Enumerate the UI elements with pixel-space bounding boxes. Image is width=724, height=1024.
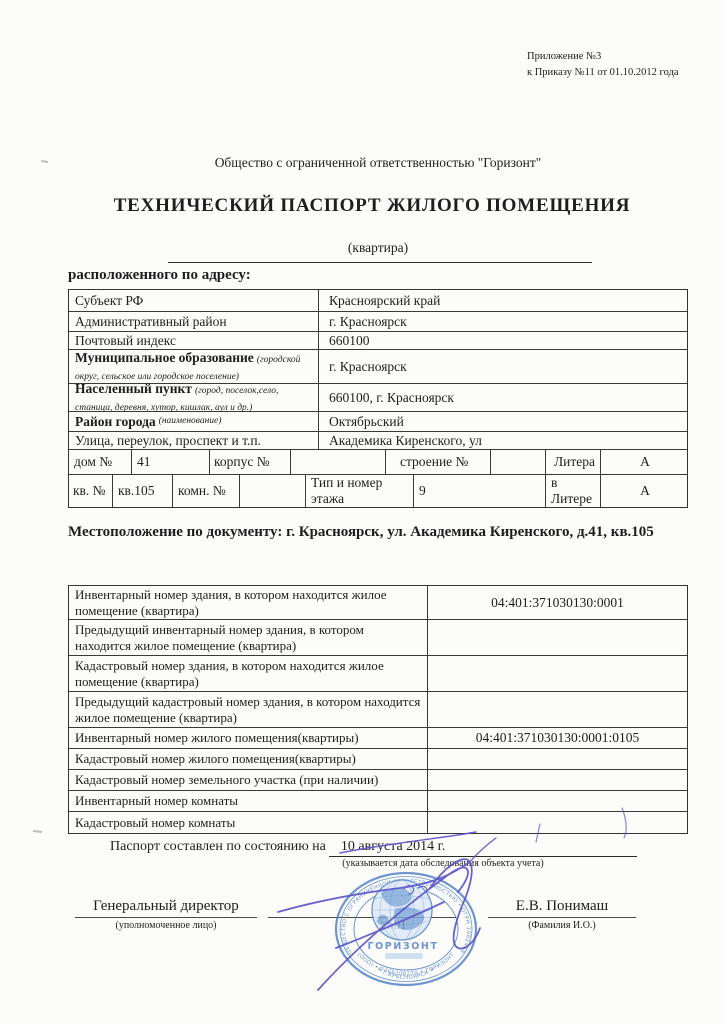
cell-label: кв. № <box>69 475 113 507</box>
cell-label: Улица, переулок, проспект и т.п. <box>69 432 319 449</box>
svg-text:(ООО) • 2466208270 • ГОРИЗ: (ООО) • 2466208270 • ГОРИЗОНТ <box>356 952 456 978</box>
passport-date-prefix: Паспорт составлен по состоянию на <box>110 839 326 854</box>
table-row: Предыдущий кадастровый номер здания, в к… <box>69 692 687 728</box>
cell-value <box>428 791 687 811</box>
passport-date-caption: (указывается дата обследования объекта у… <box>298 858 588 869</box>
house-row: дом № 41 корпус № строение № Литера А <box>69 450 687 475</box>
cell-value: Академика Киренского, ул <box>319 432 687 449</box>
table-row: Район города(наименование) Октябрьский <box>69 412 687 432</box>
signature-line-left <box>75 917 257 918</box>
table-row: Кадастровый номер комнаты <box>69 812 687 833</box>
table-row: Кадастровый номер земельного участка (пр… <box>69 770 687 791</box>
doc-subtitle: (квартира) <box>68 240 688 256</box>
signer-name-caption: (Фамилия И.О.) <box>488 920 636 931</box>
cell-value: 660100 <box>319 332 687 349</box>
cell-label: Субъект РФ <box>69 290 319 311</box>
location-line: Местоположение по документу: г. Краснояр… <box>68 522 688 543</box>
cell-label: Кадастровый номер здания, в котором нахо… <box>69 656 428 691</box>
table-row: Кадастровый номер здания, в котором нахо… <box>69 656 687 692</box>
cell-value: А <box>601 475 689 507</box>
cell-label: дом № <box>69 450 132 474</box>
svg-text:✳ г.КРАСНОЯРСК ✳: ✳ г.КРАСНОЯРСК ✳ <box>375 965 436 981</box>
cell-label: Предыдущий инвентарный номер здания, в к… <box>69 620 428 655</box>
cell-value <box>428 692 687 727</box>
address-intro: расположенного по адресу: <box>68 267 251 284</box>
cell-value: 41 <box>132 450 210 474</box>
apartment-row: кв. № кв.105 комн. № Тип и номер этажа 9… <box>69 475 687 507</box>
cell-value <box>491 450 546 474</box>
cell-label: Кадастровый номер комнаты <box>69 812 428 833</box>
table-row: Инвентарный номер жилого помещения(кварт… <box>69 728 687 749</box>
cell-value: Красноярский край <box>319 290 687 311</box>
cell-label: Кадастровый номер земельного участка (пр… <box>69 770 428 790</box>
scan-speck <box>33 161 48 832</box>
cell-value <box>428 656 687 691</box>
cell-label: Инвентарный номер жилого помещения(кварт… <box>69 728 428 748</box>
cell-value: 04:401:371030130:0001 <box>428 586 687 619</box>
numbers-table: Инвентарный номер здания, в котором нахо… <box>68 585 688 834</box>
appendix-line-2: к Приказу №11 от 01.10.2012 года <box>527 65 679 81</box>
stamp-and-signature-overlay: ОБЩЕСТВО С ОГРАНИЧЕННОЙ ОТВЕТСТВЕННОСТЬЮ… <box>0 0 724 1024</box>
cell-value <box>428 770 687 790</box>
cell-value <box>291 450 386 474</box>
stamp-micro-band <box>385 953 423 959</box>
subtitle-underline <box>168 262 592 263</box>
table-row: Населенный пункт(город, поселок,село, ст… <box>69 384 687 412</box>
cell-value: Октябрьский <box>319 412 687 431</box>
address-table: Субъект РФ Красноярский край Администрат… <box>68 289 688 508</box>
signer-position-caption: (уполномоченное лицо) <box>75 920 257 931</box>
stamp-city-text: ✳ г.КРАСНОЯРСК ✳ <box>375 965 436 981</box>
cell-label: Населенный пункт(город, поселок,село, ст… <box>69 384 319 411</box>
cell-label: Кадастровый номер жилого помещения(кварт… <box>69 749 428 769</box>
cell-value: г. Красноярск <box>319 350 687 383</box>
table-row: Субъект РФ Красноярский край <box>69 290 687 312</box>
passport-date-value: 10 августа 2014 г. <box>329 839 637 857</box>
cell-value <box>428 749 687 769</box>
cell-value <box>428 620 687 655</box>
cell-label: Административный район <box>69 312 319 331</box>
appendix-line-1: Приложение №3 <box>527 49 679 65</box>
table-row: Административный район г. Красноярск <box>69 312 687 332</box>
signature-line-right <box>488 917 636 918</box>
signature-line-middle <box>268 917 456 918</box>
cell-label: строение № <box>386 450 491 474</box>
cell-value <box>240 475 306 507</box>
cell-label: Почтовый индекс <box>69 332 319 349</box>
cell-label: корпус № <box>210 450 291 474</box>
signer-position: Генеральный директор <box>75 898 257 915</box>
cell-value <box>428 812 687 833</box>
org-name: Общество с ограниченной ответственностью… <box>68 155 688 171</box>
signer-name: Е.В. Понимаш <box>488 898 636 915</box>
cell-value: г. Красноярск <box>319 312 687 331</box>
cell-value: 04:401:371030130:0001:0105 <box>428 728 687 748</box>
cell-label: Муниципальное образование(городской окру… <box>69 350 319 383</box>
cell-label: Литера <box>546 450 601 474</box>
cell-value: 9 <box>414 475 546 507</box>
page-title: ТЕХНИЧЕСКИЙ ПАСПОРТ ЖИЛОГО ПОМЕЩЕНИЯ <box>52 195 692 217</box>
table-row: Предыдущий инвентарный номер здания, в к… <box>69 620 687 656</box>
scanned-passport-document: Приложение №3 к Приказу №11 от 01.10.201… <box>0 0 724 1024</box>
cell-label: в Литере <box>546 475 601 507</box>
stamp-org-name: ГОРИЗОНТ <box>367 941 438 952</box>
cell-label: Инвентарный номер комнаты <box>69 791 428 811</box>
table-row: Инвентарный номер здания, в котором нахо… <box>69 586 687 620</box>
passport-date-line: Паспорт составлен по состоянию на10 авгу… <box>110 839 637 857</box>
cell-label: комн. № <box>173 475 240 507</box>
appendix-note: Приложение №3 к Приказу №11 от 01.10.201… <box>527 49 679 81</box>
table-row: Почтовый индекс 660100 <box>69 332 687 350</box>
stamp-place-mark: МП <box>380 920 412 932</box>
stamp-ring-bottom-text: (ООО) • 2466208270 • ГОРИЗОНТ <box>356 952 456 978</box>
cell-label: Тип и номер этажа <box>306 475 414 507</box>
cell-label: Предыдущий кадастровый номер здания, в к… <box>69 692 428 727</box>
table-row: Улица, переулок, проспект и т.п. Академи… <box>69 432 687 450</box>
cell-label: Район города(наименование) <box>69 412 319 431</box>
cell-value: А <box>601 450 689 474</box>
cell-label: Инвентарный номер здания, в котором нахо… <box>69 586 428 619</box>
table-row: Кадастровый номер жилого помещения(кварт… <box>69 749 687 770</box>
cell-value: 660100, г. Красноярск <box>319 384 687 411</box>
table-row: Муниципальное образование(городской окру… <box>69 350 687 384</box>
table-row: Инвентарный номер комнаты <box>69 791 687 812</box>
cell-value: кв.105 <box>113 475 173 507</box>
